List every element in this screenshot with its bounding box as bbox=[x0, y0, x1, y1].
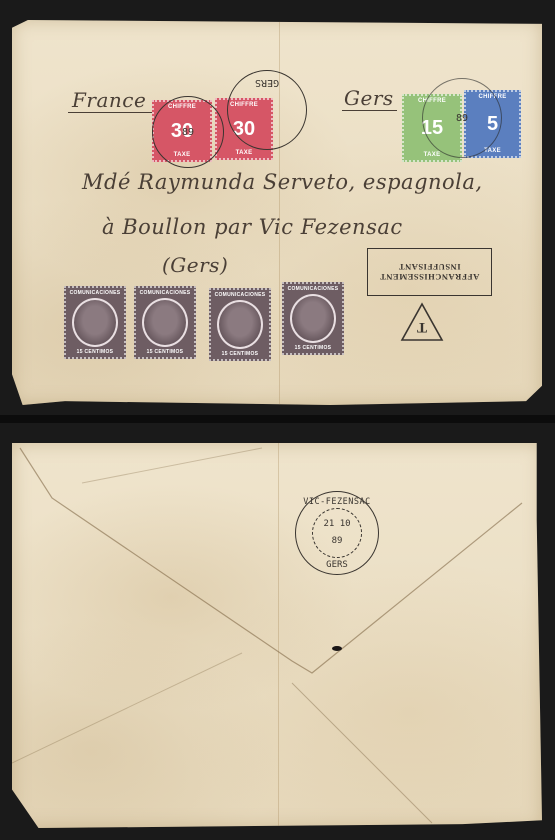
address-town: à Boullon par Vic Fezensac bbox=[102, 215, 403, 239]
stamp-bottom-label: 15 CENTIMOS bbox=[77, 347, 114, 357]
postmark-town: VIC-FEZENSAC bbox=[303, 497, 370, 507]
cancellation-text: GERS bbox=[255, 77, 279, 88]
address-region: (Gers) bbox=[162, 253, 228, 277]
postmark-year: 89 bbox=[332, 536, 343, 546]
postmark-month: 10 bbox=[340, 519, 351, 529]
stamp-bottom-label: TAXE bbox=[424, 150, 441, 160]
alfonso-xiii-portrait bbox=[72, 298, 118, 347]
spanish-15-centimos-stamp: COMUNICACIONES 15 CENTIMOS bbox=[64, 286, 126, 359]
ink-spot bbox=[332, 646, 342, 651]
stamp-top-label: COMUNICACIONES bbox=[215, 290, 266, 300]
circular-cancellation: GERS bbox=[227, 70, 307, 150]
stamp-bottom-label: TAXE bbox=[236, 148, 253, 158]
stamp-top-label: COMUNICACIONES bbox=[140, 288, 191, 298]
cancellation-year: 89 bbox=[456, 113, 468, 124]
stamp-top-label: COMUNICACIONES bbox=[70, 288, 121, 298]
circular-cancellation: 89 bbox=[152, 96, 224, 168]
address-department: Gers bbox=[344, 86, 394, 110]
affranchissement-insuffisant-handstamp: AFFRANCHISSEMENT INSUFFISANT bbox=[367, 248, 492, 296]
alfonso-xiii-portrait bbox=[290, 294, 336, 343]
stamp-top-label: COMUNICACIONES bbox=[288, 284, 339, 294]
spanish-15-centimos-stamp: COMUNICACIONES 15 CENTIMOS bbox=[209, 288, 271, 361]
stamp-bottom-label: 15 CENTIMOS bbox=[295, 343, 332, 353]
handstamp-line2: INSUFFISANT bbox=[368, 262, 491, 272]
stamp-bottom-label: 15 CENTIMOS bbox=[222, 349, 259, 359]
envelope-back: VIC-FEZENSAC 21 10 89 GERS bbox=[12, 443, 542, 828]
underline bbox=[68, 112, 158, 113]
spanish-15-centimos-stamp: COMUNICACIONES 15 CENTIMOS bbox=[282, 282, 344, 355]
handstamp-line1: AFFRANCHISSEMENT bbox=[368, 272, 491, 282]
underline bbox=[342, 110, 397, 111]
triangle-letter: T bbox=[415, 318, 429, 335]
envelope-front: France Gers Mdé Raymunda Serveto, espagn… bbox=[12, 20, 542, 405]
postmark-day-month: 21 10 bbox=[323, 519, 350, 529]
postmark-inner-ring bbox=[312, 508, 362, 558]
postmark-department: GERS bbox=[326, 560, 348, 570]
spanish-15-centimos-stamp: COMUNICACIONES 15 CENTIMOS bbox=[134, 286, 196, 359]
cancellation-year: 89 bbox=[182, 127, 194, 138]
address-country: France bbox=[72, 88, 146, 112]
stamp-bottom-label: 15 CENTIMOS bbox=[147, 347, 184, 357]
vic-fezensac-postmark: VIC-FEZENSAC 21 10 89 GERS bbox=[295, 491, 379, 575]
circular-cancellation: 89 bbox=[422, 78, 502, 158]
envelope-flap-folds bbox=[12, 443, 542, 828]
postmark-day: 21 bbox=[323, 519, 334, 529]
alfonso-xiii-portrait bbox=[217, 300, 263, 349]
address-addressee: Mdé Raymunda Serveto, espagnola, bbox=[82, 170, 483, 194]
alfonso-xiii-portrait bbox=[142, 298, 188, 347]
